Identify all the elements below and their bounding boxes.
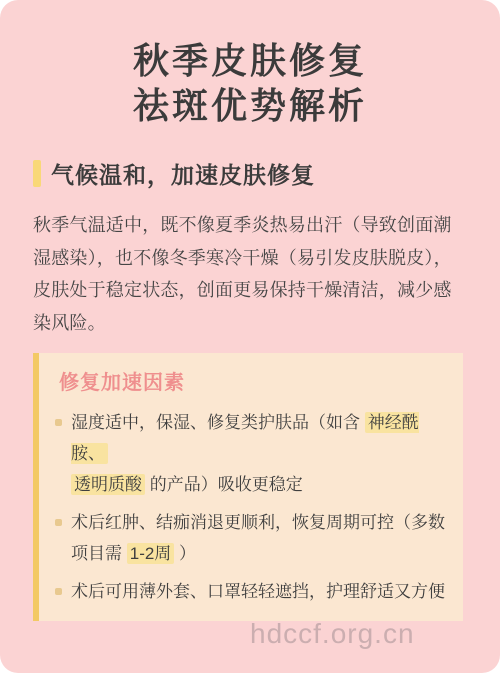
list-item-text: 湿度适中，保湿、修复类护肤品（如含 神经酰胺、透明质酸 的产品）吸收更稳定 (71, 412, 419, 495)
infographic-card: 秋季皮肤修复 祛斑优势解析 气候温和，加速皮肤修复 秋季气温适中，既不像夏季炎热… (0, 0, 500, 673)
list-item: 术后可用薄外套、口罩轻轻遮挡，护理舒适又方便 (53, 576, 455, 607)
watermark-text: hdccf.org.cn (250, 618, 415, 650)
section-heading: 气候温和，加速皮肤修复 (33, 157, 467, 190)
page-title-line-2: 祛斑优势解析 (0, 83, 500, 128)
factor-box-heading: 修复加速因素 (59, 366, 455, 395)
page-title-line-1: 秋季皮肤修复 (0, 38, 500, 83)
bullet-dot-icon (55, 419, 62, 426)
bullet-dot-icon (55, 588, 62, 595)
list-item-text: 术后红肿、结痂消退更顺利，恢复周期可控（多数项目需 1-2周 ） (71, 513, 445, 564)
section-heading-text: 气候温和，加速皮肤修复 (51, 157, 315, 190)
factor-box: 修复加速因素 湿度适中，保湿、修复类护肤品（如含 神经酰胺、透明质酸 的产品）吸… (33, 353, 463, 621)
factor-list: 湿度适中，保湿、修复类护肤品（如含 神经酰胺、透明质酸 的产品）吸收更稳定 术后… (53, 407, 455, 607)
bullet-dot-icon (55, 519, 62, 526)
page-title: 秋季皮肤修复 祛斑优势解析 (0, 38, 500, 128)
list-item: 术后红肿、结痂消退更顺利，恢复周期可控（多数项目需 1-2周 ） (53, 507, 455, 569)
accent-bar-icon (33, 160, 41, 187)
list-item: 湿度适中，保湿、修复类护肤品（如含 神经酰胺、透明质酸 的产品）吸收更稳定 (53, 407, 455, 500)
section-paragraph: 秋季气温适中，既不像夏季炎热易出汗（导致创面潮湿感染），也不像冬季寒冷干燥（易引… (33, 209, 469, 339)
climate-section: 气候温和，加速皮肤修复 秋季气温适中，既不像夏季炎热易出汗（导致创面潮湿感染），… (33, 157, 467, 339)
list-item-text: 术后可用薄外套、口罩轻轻遮挡，护理舒适又方便 (71, 582, 445, 601)
